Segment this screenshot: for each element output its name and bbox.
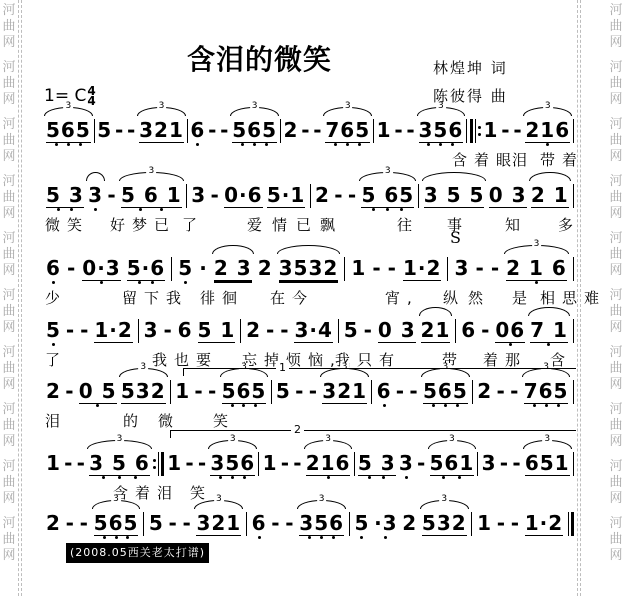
- watermark-char: 曲: [1, 190, 17, 206]
- triplet-mark: 3: [137, 107, 186, 116]
- note-group: 1: [175, 379, 190, 403]
- note-text: 765: [524, 379, 569, 404]
- note-text: 6: [190, 118, 205, 142]
- note-group: 5·1: [267, 183, 305, 208]
- lyric-syllable: 含: [550, 349, 572, 370]
- note-group: -: [80, 318, 89, 342]
- lyric-syllable: 已: [296, 214, 318, 235]
- lyric-syllable: 泪: [512, 149, 534, 170]
- note-group: 7 1: [530, 318, 568, 343]
- watermark-char: 河: [608, 60, 624, 76]
- watermark-group: 河曲网: [608, 60, 624, 108]
- slur-mark: [212, 245, 254, 254]
- watermark-char: 曲: [1, 76, 17, 92]
- note-text: -: [501, 118, 510, 142]
- note-text: 0·3: [82, 256, 120, 281]
- barline-single: [186, 184, 187, 208]
- note-group: -: [511, 511, 520, 535]
- note-group: -: [372, 256, 381, 280]
- note-group: 5 3: [46, 183, 84, 208]
- note-text: 1: [351, 256, 366, 280]
- watermark-group: 河曲网: [608, 231, 624, 279]
- note-text: -: [107, 183, 116, 207]
- note-group: 5 1: [198, 318, 236, 343]
- note-group: -: [198, 451, 207, 475]
- note-text: 2: [46, 511, 61, 535]
- notation-line-7: 2--56535--32136--35635·3253231--1·2: [46, 511, 574, 537]
- barline-single: [472, 380, 473, 404]
- note-text: 1: [263, 451, 278, 475]
- slur-mark: [277, 245, 341, 254]
- note-text: -: [220, 118, 229, 142]
- note-text: -: [396, 379, 405, 403]
- triplet-number: 3: [343, 102, 353, 111]
- barline-single: [138, 319, 139, 343]
- barline-single: [573, 184, 574, 208]
- note-group: 3563: [419, 118, 464, 143]
- notation-line-4: 5--1·23-65 12--3·45-0 3216-067 1: [46, 318, 574, 344]
- note-group: 3: [455, 256, 470, 280]
- note-text: -: [301, 118, 310, 142]
- note-group: 3213: [196, 511, 241, 536]
- note-text: 2: [284, 118, 299, 142]
- note-group: -: [394, 118, 403, 142]
- note-text: 6: [252, 511, 267, 535]
- note-group: 5653: [232, 118, 277, 143]
- barline-single: [280, 119, 281, 143]
- octave-dots: [430, 476, 475, 479]
- lyric-syllable: 忘掉烦恼,: [242, 349, 342, 370]
- watermark-char: 河: [1, 3, 17, 19]
- note-text: -: [309, 379, 318, 403]
- note-group: -: [67, 256, 76, 280]
- note-text: 1: [175, 379, 190, 403]
- octave-dots: [299, 536, 344, 539]
- note-group: -: [497, 379, 506, 403]
- note-text: 1: [167, 451, 182, 475]
- watermark-char: 曲: [608, 190, 624, 206]
- barline-single: [371, 380, 372, 404]
- note-text: 561: [430, 451, 475, 476]
- note-text: ·: [199, 256, 208, 280]
- watermark-char: 曲: [608, 76, 624, 92]
- note-group: 3213: [322, 379, 367, 404]
- note-text: -: [348, 183, 357, 207]
- note-group: 2: [315, 183, 330, 207]
- lyric-syllable: 带着: [540, 149, 584, 170]
- watermark-char: 曲: [608, 247, 624, 263]
- note-group: -: [513, 118, 522, 142]
- note-text: -: [115, 118, 124, 142]
- note-group: 1·2: [403, 256, 441, 281]
- notation-line-1: 56535--32136--56532--76531--35631--2163: [46, 118, 574, 144]
- note-text: -: [271, 511, 280, 535]
- note-group: 2: [284, 118, 299, 142]
- octave-dots: [306, 476, 351, 479]
- triplet-mark: 3: [230, 107, 279, 116]
- lyric-syllable: 了: [182, 214, 204, 235]
- notation-line-2: 5 33-5 6 133-0·65·12--5 6533 5 50 32 1: [46, 183, 574, 209]
- note-text: -: [66, 511, 75, 535]
- note-text: 565: [94, 511, 139, 536]
- note-text: 3: [144, 318, 159, 342]
- barline-single: [354, 452, 355, 476]
- note-group: -: [313, 118, 322, 142]
- meter-denominator: 4: [87, 96, 95, 106]
- ending-number: 1: [276, 361, 289, 375]
- octave-dots: [121, 208, 182, 211]
- watermark-char: 网: [608, 434, 624, 450]
- note-group: 0 3: [378, 318, 416, 343]
- note-text: 0 5: [79, 379, 117, 404]
- note-group: 3 5 63: [89, 451, 150, 476]
- note-group: 1: [351, 256, 366, 280]
- note-text: -: [491, 256, 500, 280]
- note-group: -: [500, 451, 509, 475]
- note-text: -: [497, 379, 506, 403]
- note-text: -: [417, 451, 426, 475]
- note-text: 0 3: [489, 183, 527, 208]
- note-text: 5: [149, 511, 164, 535]
- note-text: -: [364, 318, 373, 342]
- note-group: 0 5: [79, 379, 117, 404]
- barline-single: [477, 452, 478, 476]
- note-text: -: [198, 451, 207, 475]
- lyricist-credit: 林煌坤 词: [433, 57, 508, 78]
- note-group: 6: [377, 379, 392, 403]
- note-group: -: [163, 318, 172, 342]
- note-text: 321: [139, 118, 184, 143]
- note-group: 2: [402, 511, 417, 535]
- note-text: -: [406, 118, 415, 142]
- watermark-char: 河: [1, 174, 17, 190]
- note-group: 06: [495, 318, 525, 343]
- note-group: 6513: [525, 451, 570, 476]
- note-group: 2: [258, 256, 273, 280]
- note-group: 2: [46, 511, 61, 535]
- note-text: 2 1: [531, 183, 569, 208]
- watermark-char: 网: [608, 320, 624, 336]
- octave-dots: [88, 208, 103, 211]
- notation-line-5: 2-0 553231--56535--32136--56532--7653: [46, 379, 574, 405]
- triplet-mark: 3: [428, 440, 477, 449]
- barline-single: [240, 319, 241, 343]
- note-text: 356: [299, 511, 344, 536]
- note-text: -: [65, 379, 74, 403]
- note-text: -: [334, 183, 343, 207]
- note-text: -: [127, 118, 136, 142]
- triplet-mark: 3: [208, 440, 257, 449]
- note-text: -: [67, 256, 76, 280]
- note-group: -: [271, 511, 280, 535]
- lyric-syllable: 是: [512, 287, 534, 308]
- note-text: 7 1: [530, 318, 568, 343]
- note-group: 6: [178, 318, 193, 342]
- octave-dots: [252, 536, 267, 539]
- note-group: 1·2: [525, 511, 563, 536]
- barline-single: [310, 184, 311, 208]
- watermark-char: 河: [608, 117, 624, 133]
- barline-single: [170, 380, 171, 404]
- note-text: 2 3: [214, 256, 252, 281]
- note-group: 2: [46, 379, 61, 403]
- watermark-char: 河: [608, 3, 624, 19]
- note-text: 216: [306, 451, 351, 476]
- note-text: 5 65: [361, 183, 414, 208]
- note-group: -: [512, 451, 521, 475]
- note-group: 5 653: [361, 183, 414, 208]
- note-text: -: [266, 318, 275, 342]
- note-group: 2: [477, 379, 492, 403]
- barline-single: [447, 257, 448, 281]
- note-text: 321: [322, 379, 367, 404]
- note-group: 5: [344, 318, 359, 342]
- note-text: 565: [423, 379, 468, 404]
- song-title: 含泪的微笑: [187, 38, 332, 78]
- watermark-char: 网: [1, 548, 17, 564]
- barline-single: [573, 380, 574, 404]
- triplet-mark: 3: [523, 107, 572, 116]
- note-text: -: [211, 183, 220, 207]
- octave-dots: [506, 281, 567, 284]
- note-group: 5: [97, 118, 112, 142]
- triplet-number: 3: [532, 240, 542, 249]
- note-group: 0·6: [224, 183, 262, 208]
- note-group: -: [510, 379, 519, 403]
- lyric-syllable: 往: [397, 214, 419, 235]
- note-text: 5 3: [358, 451, 396, 476]
- note-group: 2163: [306, 451, 351, 476]
- note-group: -: [77, 451, 86, 475]
- lyric-syllable: 泪: [45, 410, 67, 431]
- note-group: 1: [477, 511, 492, 535]
- note-group: 6: [190, 118, 205, 142]
- octave-dots: [524, 404, 569, 407]
- barline-single: [344, 257, 345, 281]
- note-group: 5323: [121, 379, 166, 404]
- note-group: ·3: [374, 511, 398, 535]
- lyric-syllable: 含着眼: [452, 149, 518, 170]
- note-text: 5: [46, 318, 61, 342]
- note-group: -: [80, 511, 89, 535]
- note-text: -: [372, 256, 381, 280]
- note-group: -: [309, 379, 318, 403]
- note-text: 2: [402, 511, 417, 535]
- octave-dots: [525, 143, 570, 146]
- note-text: -: [513, 118, 522, 142]
- note-group: 5323: [422, 511, 467, 536]
- note-group: -: [348, 183, 357, 207]
- note-text: 3: [88, 183, 103, 207]
- note-group: -: [127, 118, 136, 142]
- barline-single: [94, 119, 95, 143]
- note-group: -: [364, 318, 373, 342]
- note-group: -: [66, 511, 75, 535]
- note-text: 5: [354, 511, 369, 535]
- note-text: 1·2: [525, 511, 563, 536]
- note-group: 0 3: [489, 183, 527, 208]
- note-text: 216: [525, 118, 570, 143]
- watermark-char: 河: [1, 60, 17, 76]
- octave-dots: [495, 343, 525, 346]
- triplet-mark: 3: [87, 440, 152, 449]
- note-group: -: [182, 511, 191, 535]
- watermark-char: 网: [1, 320, 17, 336]
- note-group: 7653: [325, 118, 370, 143]
- lyric-syllable: 好梦已: [110, 214, 176, 235]
- note-group: 6: [46, 256, 61, 280]
- note-text: 5: [276, 379, 291, 403]
- note-group: -: [301, 118, 310, 142]
- note-group: 2163: [525, 118, 570, 143]
- barline-rend: [153, 452, 164, 476]
- note-text: 6: [461, 318, 476, 342]
- note-group: 2 1: [531, 183, 569, 208]
- note-text: 565: [232, 118, 277, 143]
- watermark-char: 网: [1, 434, 17, 450]
- note-group: 5: [354, 511, 369, 535]
- note-text: 5: [178, 256, 193, 280]
- note-text: 5 1: [198, 318, 236, 343]
- octave-dots: [82, 281, 120, 284]
- lyric-syllable: 了: [45, 349, 67, 370]
- lyrics-line-1: 含着眼泪带着: [0, 149, 633, 169]
- note-group: 5613: [430, 451, 475, 476]
- note-text: 3: [455, 256, 470, 280]
- triplet-mark: 3: [523, 440, 572, 449]
- barline-single: [471, 512, 472, 536]
- octave-dots: [374, 536, 398, 539]
- lyric-syllable: 情: [272, 214, 294, 235]
- note-text: -: [182, 511, 191, 535]
- triplet-number: 3: [439, 495, 449, 504]
- slur-mark: [422, 172, 487, 181]
- note-text: -: [185, 451, 194, 475]
- triplet-number: 3: [138, 363, 148, 372]
- note-text: -: [64, 451, 73, 475]
- barline-single: [455, 319, 456, 343]
- note-text: -: [281, 451, 290, 475]
- octave-dots: [419, 143, 464, 146]
- note-group: 5 3: [358, 451, 396, 476]
- octave-dots: [232, 143, 277, 146]
- note-group: -: [409, 379, 418, 403]
- note-group: 5653: [222, 379, 267, 404]
- note-group: 5·6: [127, 256, 165, 281]
- triplet-number: 3: [146, 167, 156, 176]
- note-text: -: [409, 379, 418, 403]
- note-text: -: [80, 318, 89, 342]
- note-group: -: [406, 118, 415, 142]
- note-text: 3532: [279, 256, 339, 281]
- note-group: 2: [246, 318, 261, 342]
- barline-single: [573, 119, 574, 143]
- lyric-syllable: 微笑: [45, 214, 89, 235]
- note-text: 1·2: [403, 256, 441, 281]
- note-group: 3: [88, 183, 103, 207]
- note-text: -: [481, 318, 490, 342]
- note-text: -: [168, 511, 177, 535]
- note-text: -: [208, 118, 217, 142]
- note-group: -: [295, 379, 304, 403]
- note-group: -: [194, 379, 203, 403]
- note-text: -: [511, 511, 520, 535]
- note-group: 5653: [94, 511, 139, 536]
- watermark-char: 网: [608, 92, 624, 108]
- note-text: -: [394, 118, 403, 142]
- note-text: 3 5 6: [89, 451, 150, 476]
- note-group: 6: [252, 511, 267, 535]
- note-group: -: [66, 318, 75, 342]
- note-group: -: [280, 318, 289, 342]
- note-group: -: [293, 451, 302, 475]
- lyric-syllable: 少: [45, 287, 67, 308]
- watermark-char: 河: [1, 117, 17, 133]
- note-text: 3: [191, 183, 206, 207]
- octave-dots: [89, 476, 150, 479]
- lyric-syllable: 然: [468, 287, 490, 308]
- barline-single: [373, 119, 374, 143]
- note-group: 5: [178, 256, 193, 280]
- octave-dots: [46, 143, 91, 146]
- octave-dots: [377, 404, 392, 407]
- note-text: -: [293, 451, 302, 475]
- note-group: -: [115, 118, 124, 142]
- barline-single: [258, 452, 259, 476]
- note-text: -: [497, 511, 506, 535]
- note-group: 6: [461, 318, 476, 342]
- triplet-mark: 3: [119, 172, 184, 181]
- watermark-char: 曲: [608, 532, 624, 548]
- note-text: 565: [222, 379, 267, 404]
- notation-line-3: 6-0·35·65·2 3235321--1·23--2 1 63: [46, 256, 574, 282]
- note-text: ·3: [374, 511, 398, 535]
- barline-rbegin: [470, 119, 481, 143]
- watermark-char: 网: [1, 263, 17, 279]
- note-text: 6: [178, 318, 193, 342]
- note-text: 0 3: [378, 318, 416, 343]
- triplet-mark: 3: [504, 245, 569, 254]
- watermark-group: 河曲网: [1, 516, 17, 564]
- lyrics-line-3: 少留下我徘徊在今宵,纵然是相思难: [0, 287, 633, 307]
- note-group: 1·2: [94, 318, 132, 343]
- barline-single: [171, 257, 172, 281]
- octave-dots: [222, 404, 267, 407]
- note-group: 5653: [46, 118, 91, 143]
- watermark-char: 河: [608, 459, 624, 475]
- note-text: 5: [97, 118, 112, 142]
- note-text: 1: [484, 118, 499, 142]
- lyrics-line-4: 了我也要忘掉烦恼,我只有带着那含: [0, 349, 633, 369]
- note-group: 3: [399, 451, 414, 475]
- triplet-mark: 3: [304, 440, 353, 449]
- note-group: 7653: [524, 379, 569, 404]
- note-group: -: [388, 256, 397, 280]
- note-group: 5: [276, 379, 291, 403]
- watermark-char: 曲: [1, 532, 17, 548]
- note-text: -: [313, 118, 322, 142]
- note-text: 651: [525, 451, 570, 476]
- lyric-syllable: 着那: [483, 349, 527, 370]
- octave-dots: [423, 404, 468, 407]
- note-text: 06: [495, 318, 525, 343]
- watermark-char: 河: [608, 174, 624, 190]
- octave-dots: [210, 476, 255, 479]
- octave-dots: [94, 536, 139, 539]
- note-group: 21: [421, 318, 451, 343]
- watermark-char: 曲: [1, 247, 17, 263]
- lyric-syllable: 爱: [247, 214, 269, 235]
